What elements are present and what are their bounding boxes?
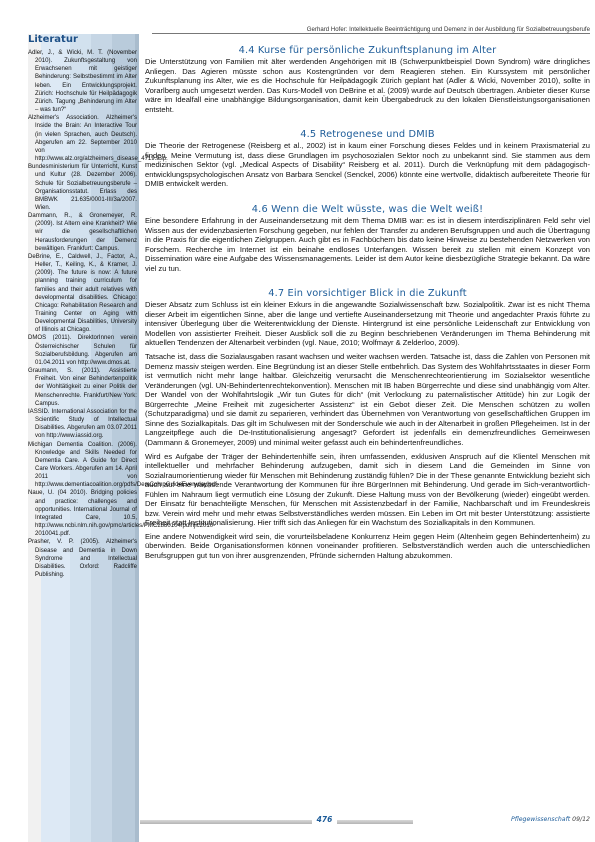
section-heading: 4.7 Ein vorsichtiger Blick in die Zukunf… [145,287,590,300]
reference-item: Michigan Dementia Coalition. (2006). Kno… [28,441,137,490]
reference-item: IASSID. International Association for th… [28,408,137,441]
paragraph: Die Theorie der Retrogenese (Reisberg et… [145,141,590,189]
journal-name: Pflegewissenschaft [511,816,570,823]
article-body: 4.4 Kurse für persönliche Zukunftsplanun… [145,44,590,575]
section-4-6: 4.6 Wenn die Welt wüsste, was die Welt w… [145,203,590,273]
reference-item: Bundesministerium für Unterricht, Kunst … [28,163,137,212]
running-header: Gerhard Hofer: Intellektuelle Beeinträch… [152,26,590,34]
reference-item: Prasher, V. P. (2005). Alzheimer's Disea… [28,538,137,579]
section-heading: 4.6 Wenn die Welt wüsste, was die Welt w… [145,203,590,216]
references-list: Adler, J., & Wicki, M. T. (November 2010… [28,49,137,579]
reference-item: DMOS (2011). DirektorInnen verein Österr… [28,334,137,367]
page-number: 476 [312,815,337,824]
paragraph: Wird es Aufgabe der Träger der Behindert… [145,452,590,528]
section-4-7: 4.7 Ein vorsichtiger Blick in die Zukunf… [145,287,590,560]
reference-item: DeBrine, E., Caldwell, J., Factor, A., H… [28,253,137,335]
reference-item: Adler, J., & Wicki, M. T. (November 2010… [28,49,137,114]
paragraph: Dieser Absatz zum Schluss ist ein kleine… [145,300,590,348]
section-heading: 4.4 Kurse für persönliche Zukunftsplanun… [145,44,590,57]
paragraph: Die Unterstützung von Familien mit älter… [145,57,590,114]
paragraph: Tatsache ist, dass die Sozialausgaben ra… [145,352,590,447]
journal-footer: Pflegewissenschaft 09/12 [475,816,590,823]
section-4-5: 4.5 Retrogenese und DMIB Die Theorie der… [145,128,590,189]
reference-item: Graumann, S. (2011). Assistierte Freihei… [28,367,137,408]
references-heading-text: Literatur [28,34,78,45]
section-heading: 4.5 Retrogenese und DMIB [145,128,590,141]
reference-item: Naue, U. (04 2010). Bridging policies an… [28,489,137,538]
journal-issue: 09/12 [572,816,590,823]
paragraph: Eine besondere Erfahrung in der Auseinan… [145,216,590,273]
paragraph: Eine andere Notwendigkeit wird sein, die… [145,532,590,561]
reference-item: Alzheimer's Association. Alzheimer's Ins… [28,114,137,163]
references-heading: Literatur [28,34,139,48]
footer-rule-right [330,820,412,824]
section-4-4: 4.4 Kurse für persönliche Zukunftsplanun… [145,44,590,114]
reference-item: Dammann, R., & Gronemeyer, R. (2009). Is… [28,212,137,253]
